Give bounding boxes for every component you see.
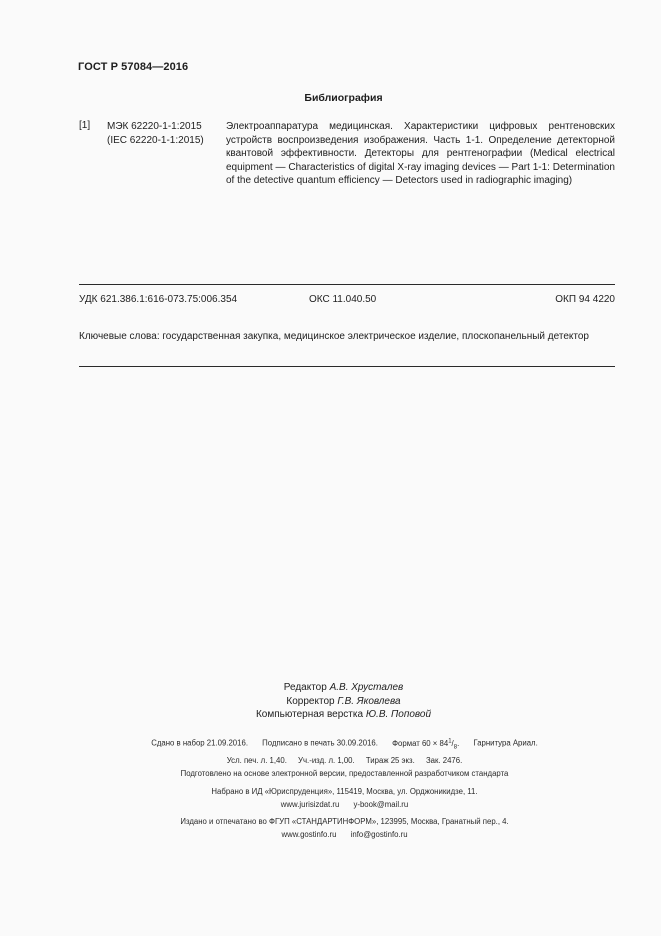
imprint-typesetter: Набрано в ИД «Юриспруденция», 115419, Мо… — [0, 785, 661, 811]
imprint-publisher: Издано и отпечатано во ФГУП «СТАНДАРТИНФ… — [0, 815, 661, 841]
credit-editor: Редактор А.В. Хрусталев — [26, 681, 661, 695]
publishing-sheets: Уч.-изд. л. 1,00. — [298, 756, 355, 765]
print-sheets: Усл. печ. л. 1,40. — [227, 756, 287, 765]
imprint-line-2: Усл. печ. л. 1,40. Уч.-изд. л. 1,00. Тир… — [28, 754, 661, 767]
credit-role: Корректор — [286, 696, 334, 707]
oks-code: ОКС 11.040.50 — [309, 294, 376, 305]
reference-ru: МЭК 62220-1-1:2015 — [107, 120, 204, 134]
credit-role: Компьютерная верстка — [256, 709, 363, 720]
typeface: Гарнитура Ариал. — [473, 739, 537, 748]
publisher-website-link[interactable]: www.gostinfo.ru — [281, 830, 336, 839]
keywords: Ключевые слова: государственная закупка,… — [79, 330, 615, 344]
credit-role: Редактор — [284, 682, 327, 693]
credit-layout: Компьютерная верстка Ю.В. Поповой — [26, 708, 661, 722]
credit-corrector: Корректор Г.В. Яковлева — [26, 695, 661, 709]
imprint-line-1: Сдано в набор 21.09.2016. Подписано в пе… — [28, 735, 661, 754]
signed-date: Подписано в печать 30.09.2016. — [262, 739, 378, 748]
publisher-email-link[interactable]: info@gostinfo.ru — [351, 830, 408, 839]
section-title: Библиография — [0, 92, 661, 104]
imprint-print-info: Сдано в набор 21.09.2016. Подписано в пе… — [0, 735, 661, 780]
bibliography-number: [1] — [79, 120, 90, 131]
document-code: ГОСТ Р 57084—2016 — [78, 61, 188, 73]
udk-code: УДК 621.386.1:616-073.75:006.354 — [79, 294, 237, 305]
reference-en: (IEC 62220-1-1:2015) — [107, 134, 204, 148]
publisher-contacts: www.gostinfo.ru info@gostinfo.ru — [28, 828, 661, 841]
divider-bottom — [79, 366, 615, 367]
credit-name: Г.В. Яковлева — [337, 696, 400, 707]
divider-top — [79, 284, 615, 285]
credits: Редактор А.В. Хрусталев Корректор Г.В. Я… — [0, 681, 661, 722]
typeset-address: Набрано в ИД «Юриспруденция», 115419, Мо… — [28, 785, 661, 798]
prepared-note: Подготовлено на основе электронной верси… — [28, 767, 661, 780]
bibliography-reference: МЭК 62220-1-1:2015 (IEC 62220-1-1:2015) — [107, 120, 204, 147]
publisher-address: Издано и отпечатано во ФГУП «СТАНДАРТИНФ… — [28, 815, 661, 828]
order-number: Зак. 2476. — [426, 756, 462, 765]
credit-name: А.В. Хрусталев — [330, 682, 404, 693]
okp-code: ОКП 94 4220 — [555, 294, 615, 305]
credit-name: Ю.В. Поповой — [366, 709, 431, 720]
typeset-email-link[interactable]: y-book@mail.ru — [353, 800, 408, 809]
format: Формат 60 × 841/8. — [392, 739, 459, 748]
typeset-contacts: www.jurisizdat.ru y-book@mail.ru — [28, 798, 661, 811]
circulation: Тираж 25 экз. — [366, 756, 415, 765]
typeset-website-link[interactable]: www.jurisizdat.ru — [281, 800, 340, 809]
submitted-date: Сдано в набор 21.09.2016. — [151, 739, 248, 748]
bibliography-text: Электроаппаратура медицинская. Характери… — [226, 120, 615, 188]
